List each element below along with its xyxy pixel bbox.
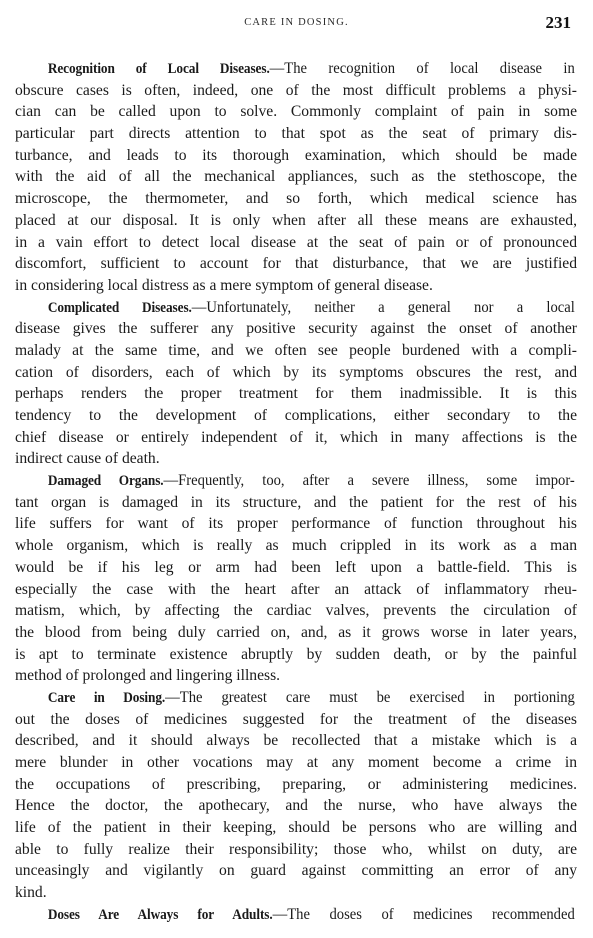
paragraph-care-in-dosing: Care in Dosing.—The greatest care must b… [15, 687, 507, 904]
paragraph-damaged-organs: Damaged Organs.—Frequently, too, after a… [15, 470, 507, 687]
line-text: —Unfortunately, neither a general nor a … [192, 299, 575, 316]
text-line: method of prolonged and lingering illnes… [15, 665, 577, 687]
paragraph-recognition-of-local-diseases: Recognition of Local Diseases.—The recog… [15, 58, 507, 297]
text-line: Hence the doctor, the apothecary, and th… [15, 795, 577, 817]
text-line: whole organism, which is really as much … [15, 535, 577, 557]
line-text: —Frequently, too, after a severe illness… [164, 472, 575, 489]
text-line: microscope, the thermometer, and so fort… [15, 188, 577, 210]
text-line: life of the patient in their keeping, sh… [15, 817, 577, 839]
paragraph-complicated-diseases: Complicated Diseases.—Unfortunately, nei… [15, 297, 507, 471]
running-title: CARE IN DOSING. [0, 17, 593, 28]
section-heading: Doses Are Always for Adults. [48, 907, 273, 923]
text-line: the blood from being duly carried on, an… [15, 622, 577, 644]
text-line: unceasingly and vigilantly on guard agai… [15, 860, 577, 882]
paragraph-first-line: Recognition of Local Diseases.—The recog… [15, 58, 575, 80]
paragraph-doses-are-always-for-adults: Doses Are Always for Adults.—The doses o… [15, 904, 507, 926]
page-number: 231 [546, 13, 572, 33]
text-line: chief disease or entirely independent of… [15, 427, 577, 449]
text-line: the occupations of prescribing, preparin… [15, 774, 577, 796]
text-line: turbance, and leads to its thorough exam… [15, 145, 577, 167]
text-line: in a vain effort to detect local disease… [15, 232, 577, 254]
text-line: is apt to terminate existence abruptly b… [15, 644, 577, 666]
running-head: CARE IN DOSING. 231 [0, 13, 593, 33]
text-line: would be if his leg or arm had been left… [15, 557, 577, 579]
text-line: described, and it should always be recol… [15, 730, 577, 752]
book-page: CARE IN DOSING. 231 Recognition of Local… [0, 0, 593, 938]
text-line: placed at our disposal. It is only when … [15, 210, 577, 232]
text-line: obscure cases is often, indeed, one of t… [15, 80, 577, 102]
text-line: disease gives the sufferer any positive … [15, 318, 577, 340]
text-line: kind. [15, 882, 577, 904]
text-line: able to fully realize their responsibili… [15, 839, 577, 861]
paragraph-first-line: Doses Are Always for Adults.—The doses o… [15, 904, 575, 926]
text-line: discomfort, sufficient to account for th… [15, 253, 577, 275]
section-heading: Damaged Organs. [48, 473, 164, 489]
paragraph-first-line: Care in Dosing.—The greatest care must b… [15, 687, 575, 709]
text-line: out the doses of medicines suggested for… [15, 709, 577, 731]
line-text: —The greatest care must be exercised in … [165, 689, 575, 706]
section-heading: Complicated Diseases. [48, 300, 192, 316]
text-line: cation of disorders, each of which by it… [15, 362, 577, 384]
text-line: tant organ is damaged in its structure, … [15, 492, 577, 514]
text-line: tendency to the development of complicat… [15, 405, 577, 427]
section-heading: Care in Dosing. [48, 690, 165, 706]
line-text: —The doses of medicines recommended [273, 906, 575, 923]
body-text: Recognition of Local Diseases.—The recog… [15, 58, 507, 926]
line-text: —The recognition of local disease in [270, 60, 575, 77]
text-line: matism, which, by affecting the cardiac … [15, 600, 577, 622]
text-line: life suffers for want of its proper perf… [15, 513, 577, 535]
text-line: indirect cause of death. [15, 448, 577, 470]
paragraph-first-line: Complicated Diseases.—Unfortunately, nei… [15, 297, 575, 319]
text-line: particular part directs attention to tha… [15, 123, 577, 145]
text-line: in considering local distress as a mere … [15, 275, 577, 297]
paragraph-first-line: Damaged Organs.—Frequently, too, after a… [15, 470, 575, 492]
text-line: mere blunder in other vocations may at a… [15, 752, 577, 774]
text-line: especially the case with the heart after… [15, 579, 577, 601]
section-heading: Recognition of Local Diseases. [48, 61, 270, 77]
text-line: with the aid of all the mechanical appli… [15, 166, 577, 188]
text-line: perhaps renders the proper treatment for… [15, 383, 577, 405]
text-line: cian can be called upon to solve. Common… [15, 101, 577, 123]
text-line: malady at the same time, and we often se… [15, 340, 577, 362]
